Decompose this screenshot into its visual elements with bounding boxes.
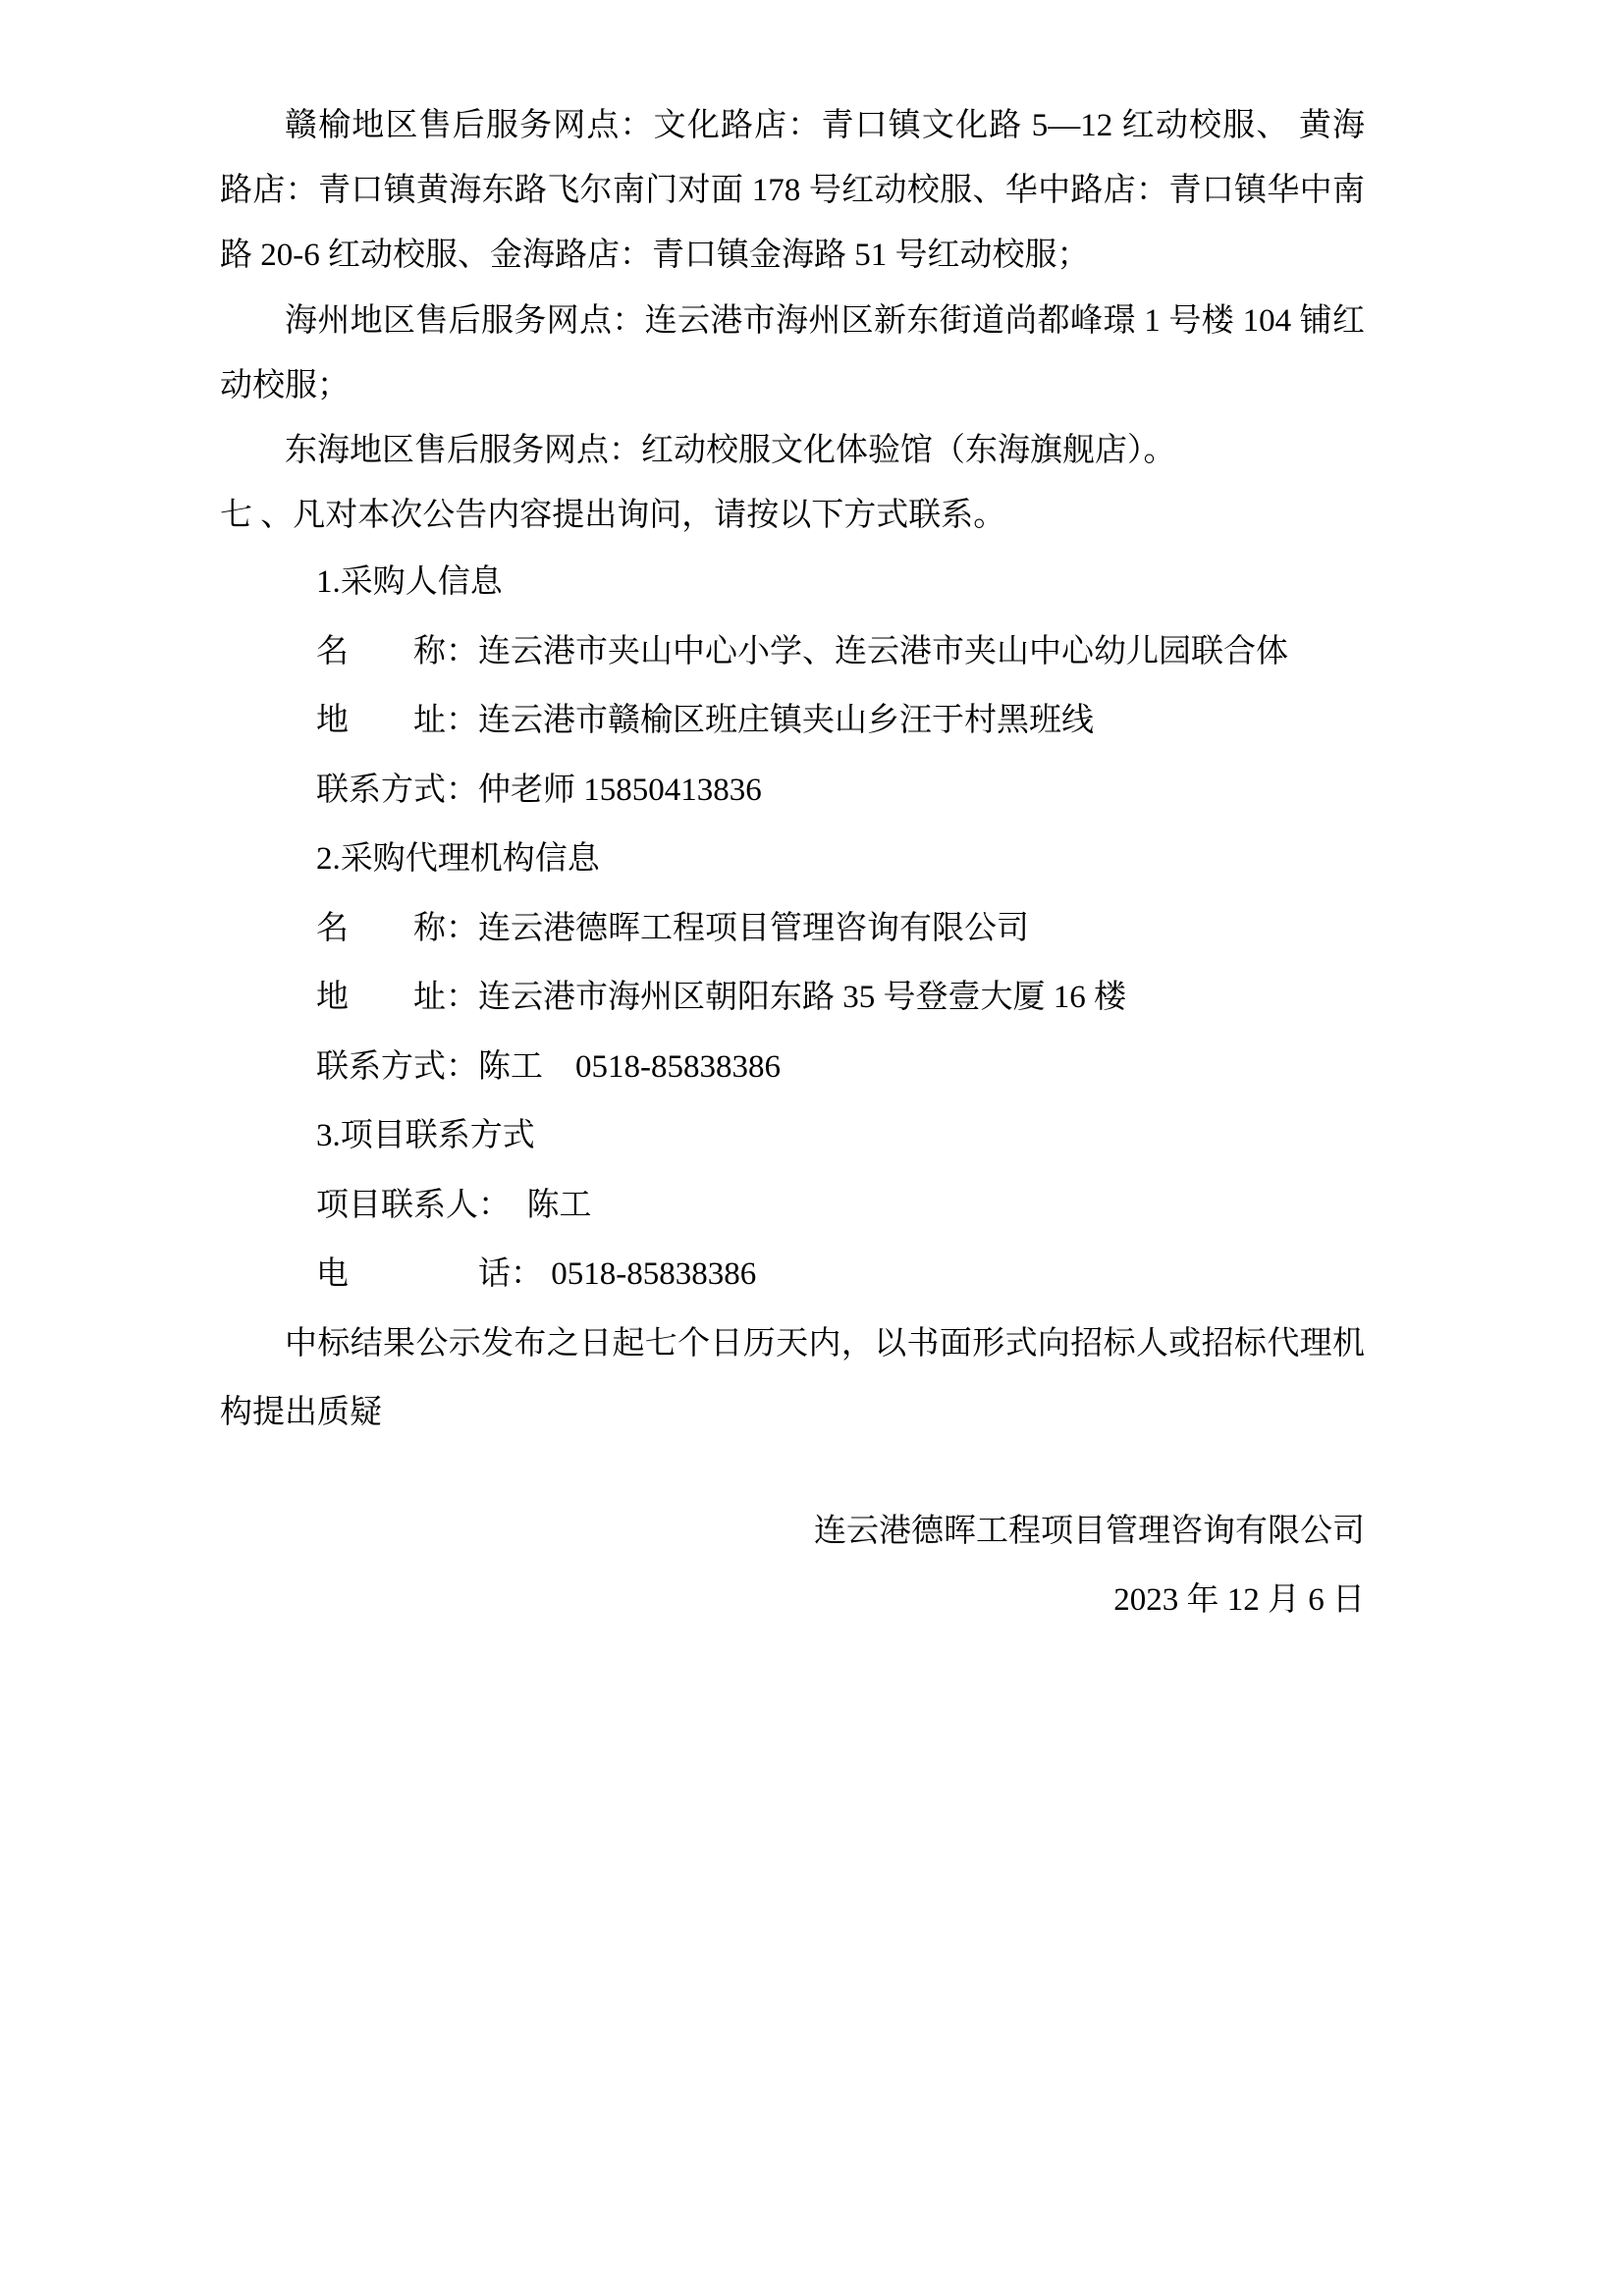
agency-info-heading: 2.采购代理机构信息 — [316, 839, 600, 879]
document-line: 东海地区售后服务网点：红动校服文化体验馆（东海旗舰店）。 — [285, 431, 1176, 470]
signature-company: 连云港德晖工程项目管理咨询有限公司 — [814, 1512, 1365, 1551]
agency-address-line: 地 址：连云港市海州区朝阳东路 35 号登壹大厦 16 楼 — [316, 978, 1126, 1017]
document-line: 构提出质疑 — [220, 1393, 382, 1432]
document-line: 赣榆地区售后服务网点：文化路店：青口镇文化路 5—12 红动校服、 黄海 — [285, 106, 1365, 145]
document-line: 海州地区售后服务网点：连云港市海州区新东街道尚都峰璟 1 号楼 104 铺红 — [285, 301, 1365, 341]
purchaser-contact-line: 联系方式：仲老师 15850413836 — [316, 771, 762, 810]
document-line: 中标结果公示发布之日起七个日历天内，以书面形式向招标人或招标代理机 — [285, 1324, 1365, 1363]
document-line: 路 20-6 红动校服、金海路店：青口镇金海路 51 号红动校服； — [220, 236, 1090, 275]
project-phone-line: 电 话： 0518-85838386 — [316, 1255, 756, 1294]
document-line: 动校服； — [220, 366, 350, 405]
signature-date: 2023 年 12 月 6 日 — [1113, 1580, 1365, 1620]
agency-name-line: 名 称：连云港德晖工程项目管理咨询有限公司 — [316, 909, 1029, 948]
project-contact-person-line: 项目联系人： 陈工 — [316, 1186, 592, 1225]
document-page: 赣榆地区售后服务网点：文化路店：青口镇文化路 5—12 红动校服、 黄海 路店：… — [0, 0, 1624, 2296]
purchaser-info-heading: 1.采购人信息 — [316, 562, 503, 602]
document-line: 路店：青口镇黄海东路飞尔南门对面 178 号红动校服、华中路店：青口镇华中南 — [220, 171, 1365, 210]
section-seven-heading: 七 、凡对本次公告内容提出询问，请按以下方式联系。 — [220, 496, 1005, 535]
purchaser-address-line: 地 址：连云港市赣榆区班庄镇夹山乡汪于村黑班线 — [316, 701, 1094, 740]
agency-contact-line: 联系方式：陈工 0518-85838386 — [316, 1047, 781, 1087]
purchaser-name-line: 名 称：连云港市夹山中心小学、连云港市夹山中心幼儿园联合体 — [316, 632, 1288, 671]
project-contact-heading: 3.项目联系方式 — [316, 1116, 535, 1155]
